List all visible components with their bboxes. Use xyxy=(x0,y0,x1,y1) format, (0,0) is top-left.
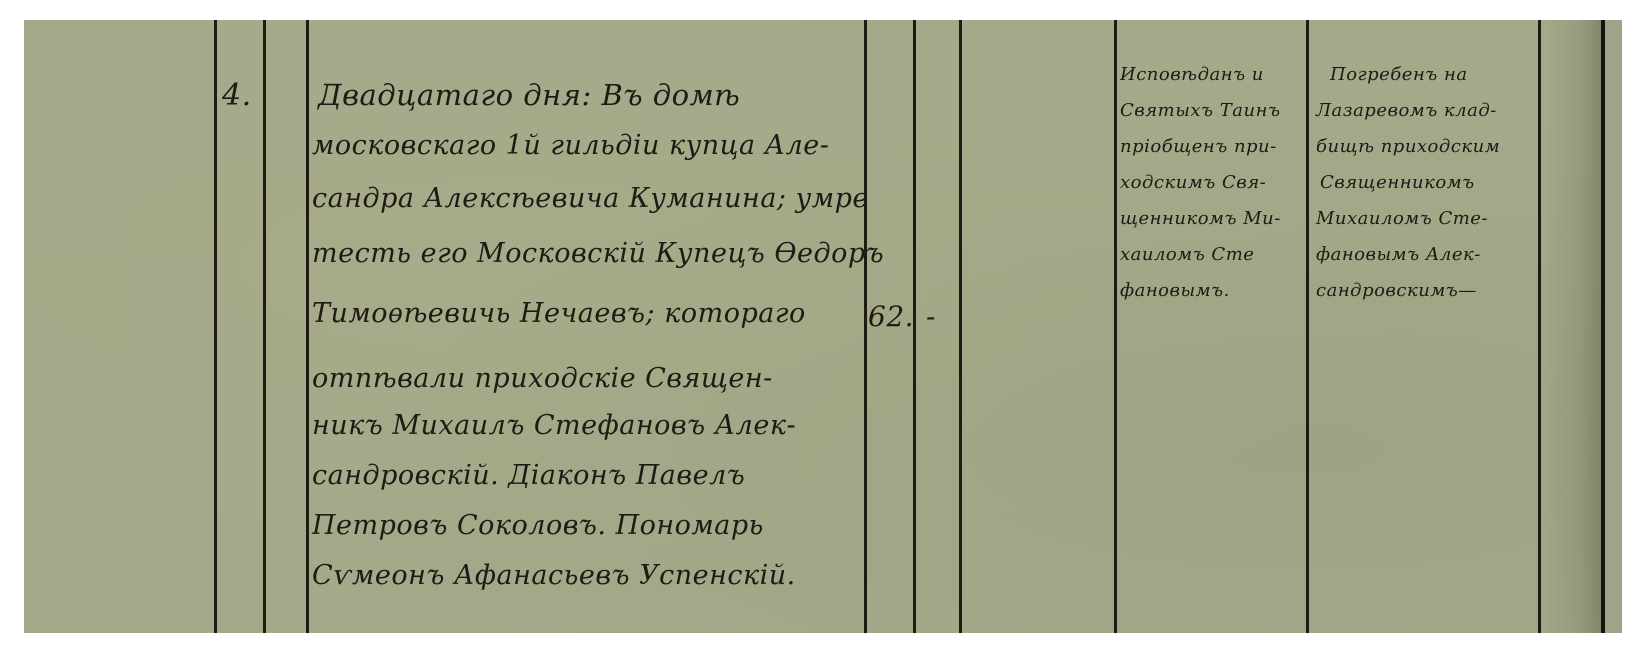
confession-line: хаиломъ Сте xyxy=(1120,244,1254,265)
burial-line: фановымъ Алек- xyxy=(1316,244,1481,265)
column-rule xyxy=(1114,20,1117,633)
record-line: тесть его Московскій Купецъ Ѳедоръ xyxy=(312,238,884,269)
column-rule xyxy=(214,20,217,633)
record-line: сандра Алексѣевича Куманина; умре xyxy=(312,183,869,214)
record-line: отпѣвали приходскіе Священ- xyxy=(312,363,773,394)
record-line: московскаго 1й гильдіи купца Але- xyxy=(312,130,829,161)
column-rule xyxy=(959,20,962,633)
burial-line: бищѣ приходским xyxy=(1316,136,1500,157)
confession-line: Исповѣданъ и xyxy=(1120,64,1264,85)
column-rule xyxy=(1538,20,1541,633)
record-line: Петровъ Соколовъ. Пономарь xyxy=(312,510,764,541)
record-line: Тимоѳѣевичь Нечаевъ; котораго xyxy=(312,298,806,329)
record-line: Двадцатаго дня: Въ домѣ xyxy=(318,78,740,112)
confession-line: фановымъ. xyxy=(1120,280,1230,301)
column-rule xyxy=(306,20,309,633)
page-edge-rule xyxy=(1601,20,1605,633)
record-line: сандровскій. Діаконъ Павелъ xyxy=(312,460,745,491)
age-value: 62. xyxy=(868,300,914,333)
age-extra-mark: - xyxy=(926,300,936,333)
confession-line: Святыхъ Таинъ xyxy=(1120,100,1280,121)
confession-line: щенникомъ Ми- xyxy=(1120,208,1281,229)
burial-line: Священникомъ xyxy=(1320,172,1475,193)
confession-line: ходскимъ Свя- xyxy=(1120,172,1266,193)
record-line: никъ Михаилъ Стефановъ Алек- xyxy=(312,410,796,441)
burial-line: Лазаревомъ клад- xyxy=(1316,100,1497,121)
page-edge-shadow xyxy=(1545,20,1603,633)
entry-number: 4. xyxy=(222,78,252,113)
column-rule xyxy=(263,20,266,633)
page-edge-strip xyxy=(1603,20,1622,633)
burial-line: сандровскимъ— xyxy=(1316,280,1477,301)
column-rule xyxy=(1306,20,1309,633)
confession-line: пріобщенъ при- xyxy=(1120,136,1277,157)
column-rule xyxy=(864,20,867,633)
burial-line: Михаиломъ Сте- xyxy=(1316,208,1488,229)
record-line: Сѵмеонъ Афанасьевъ Успенскій. xyxy=(312,560,796,591)
burial-line: Погребенъ на xyxy=(1330,64,1468,85)
